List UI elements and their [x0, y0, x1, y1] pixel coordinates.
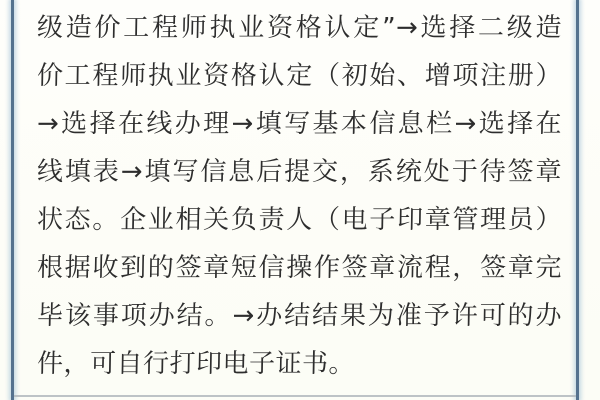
text-line: 线填表→填写信息后提交，系统处于待签章 [37, 148, 563, 196]
text-line: 件，可自行打印电子证书。 [37, 340, 563, 388]
text-line: 级造价工程师执业资格认定”→选择二级造 [37, 4, 563, 52]
text-line: 价工程师执业资格认定（初始、增项注册） [37, 52, 563, 100]
handwritten-note: 级造价工程师执业资格认定”→选择二级造 价工程师执业资格认定（初始、增项注册） … [37, 4, 562, 388]
text-line: →选择在线办理→填写基本信息栏→选择在 [37, 100, 563, 148]
frame-bottom-border [14, 395, 576, 397]
text-line: 状态。企业相关负责人（电子印章管理员） [37, 196, 563, 244]
text-line: 毕该事项办结。→办结结果为准予许可的办 [37, 292, 563, 340]
document-page: 级造价工程师执业资格认定”→选择二级造 价工程师执业资格认定（初始、增项注册） … [0, 0, 600, 400]
frame-right-border [576, 0, 579, 400]
text-line: 根据收到的签章短信操作签章流程，签章完 [37, 244, 563, 292]
frame-left-border [11, 0, 14, 400]
